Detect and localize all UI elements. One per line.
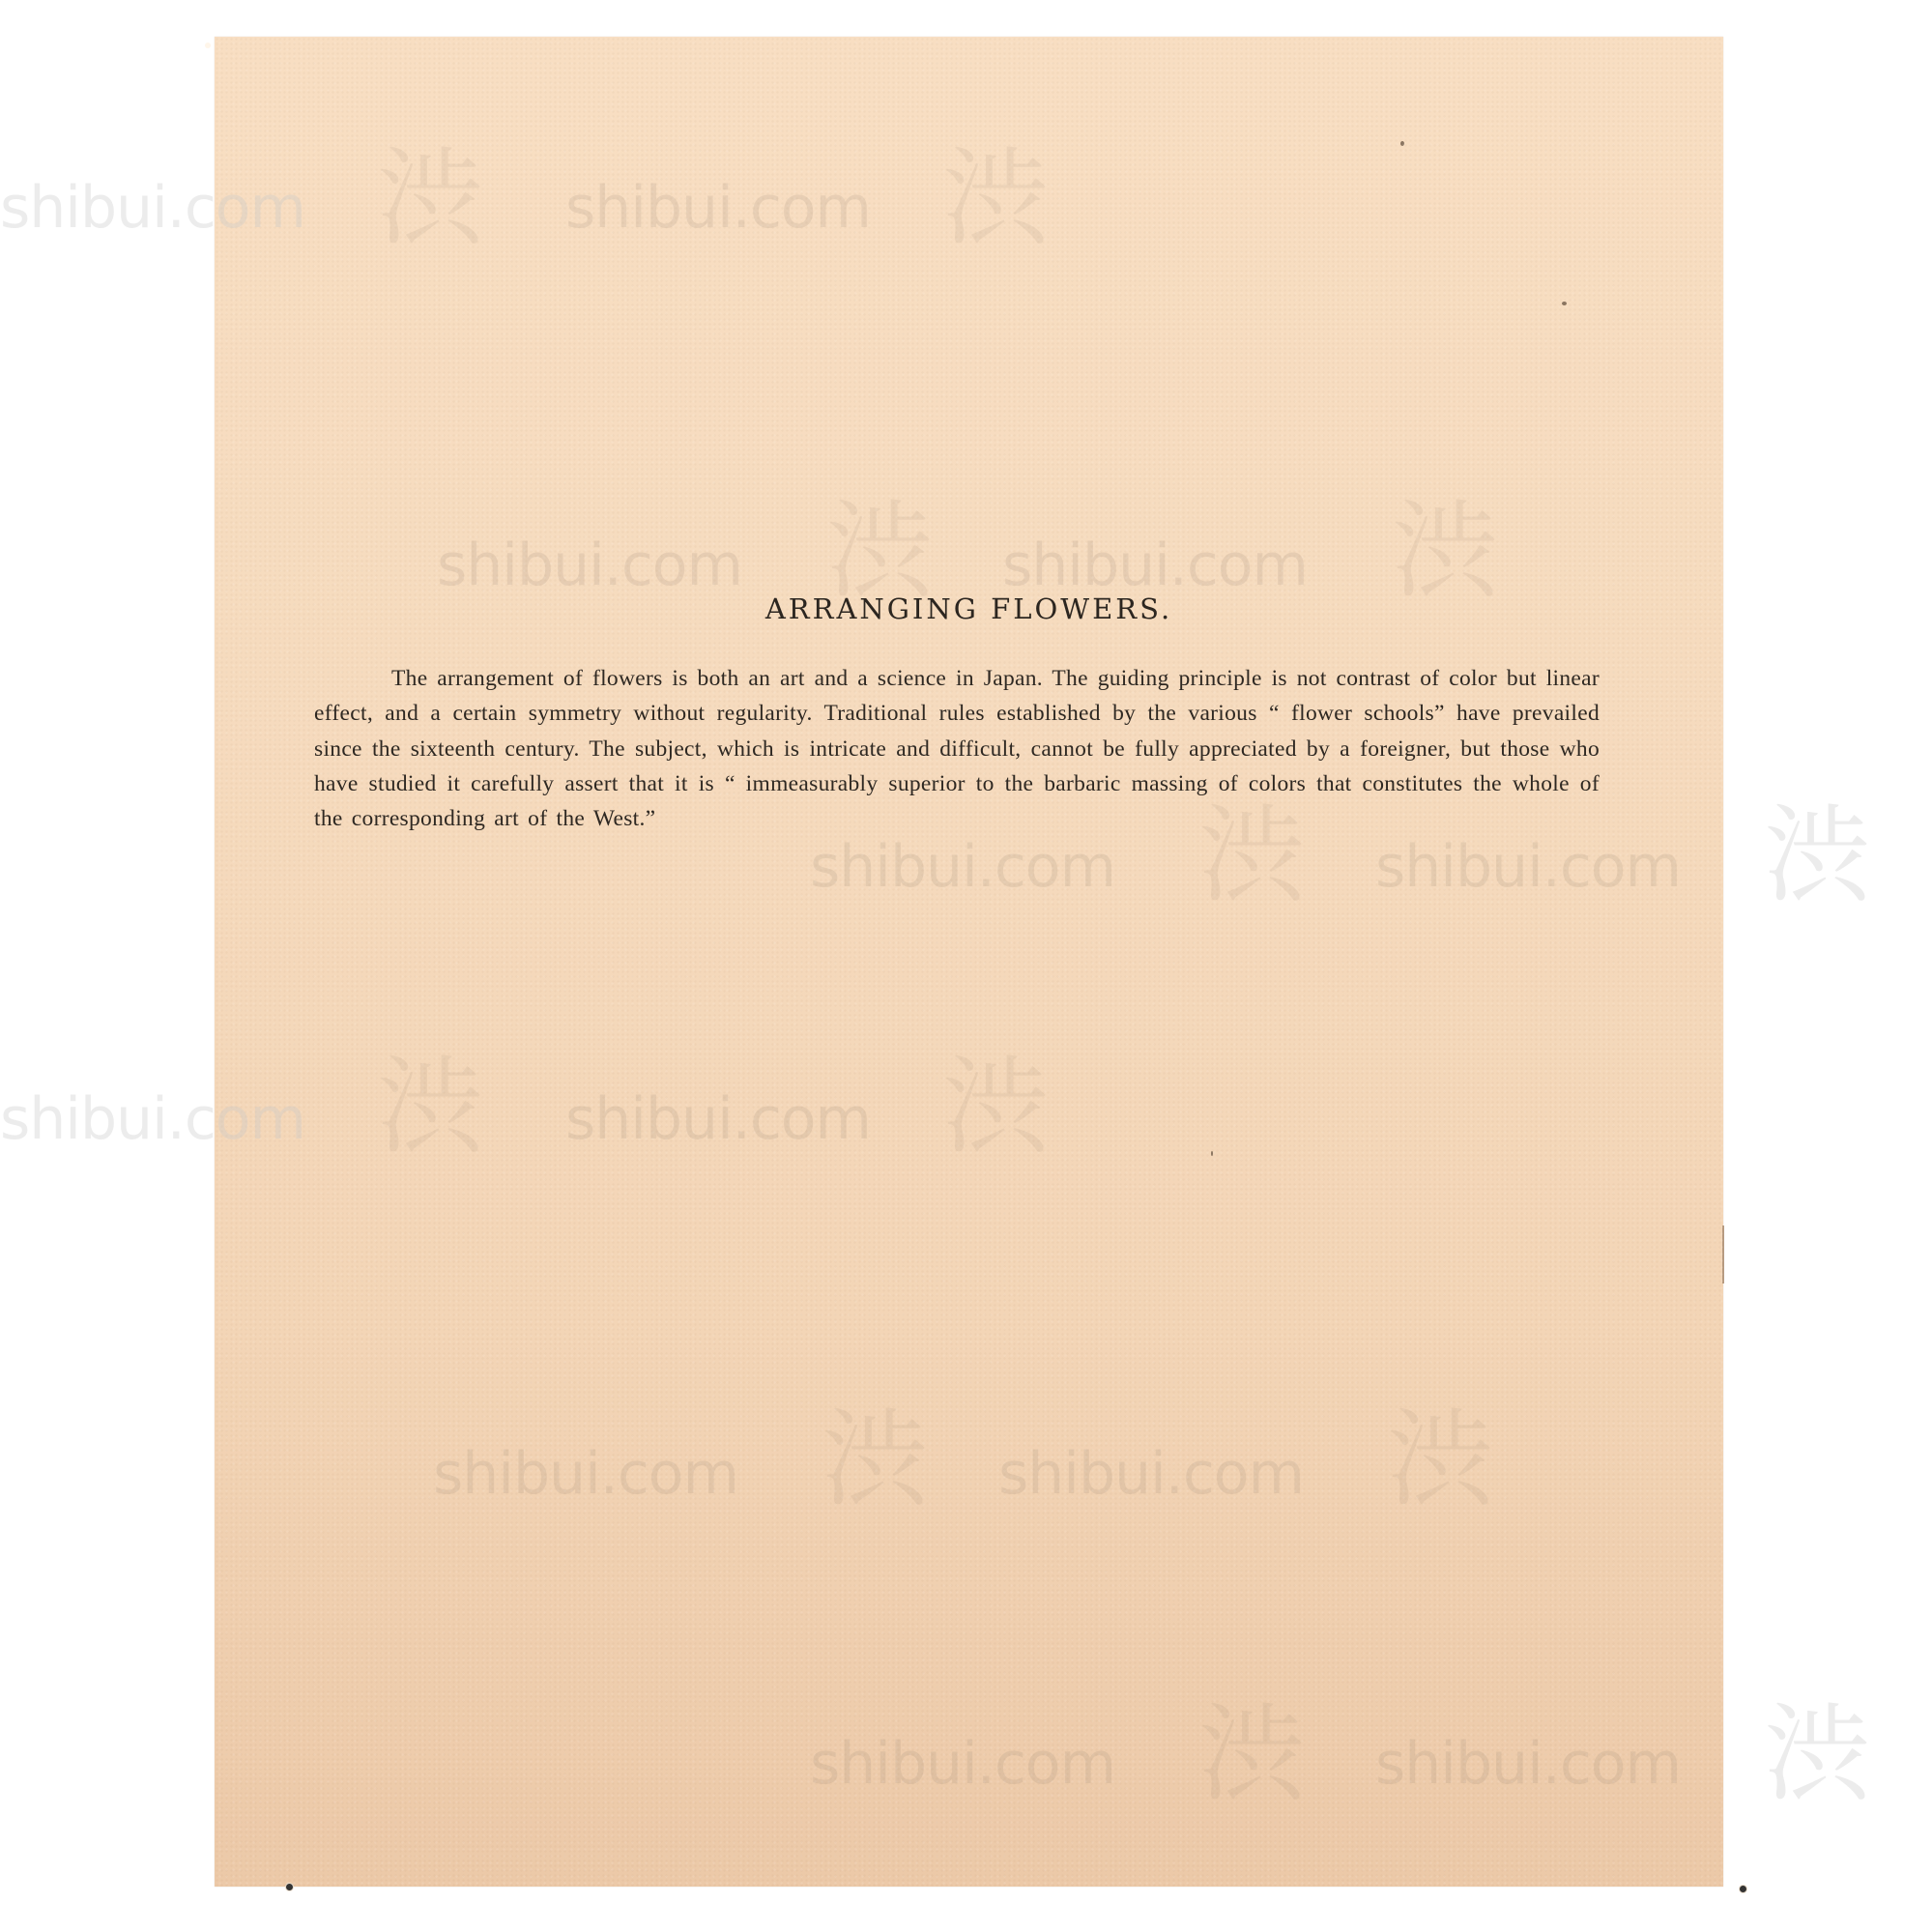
corner-pin-right	[1739, 1885, 1747, 1893]
page-edge-tear	[1722, 1226, 1724, 1283]
paper-speck	[205, 43, 211, 48]
watermark-kanji-icon: 渋	[1764, 802, 1870, 908]
paper-speck	[1400, 141, 1404, 146]
watermark-kanji-icon: 渋	[1764, 1701, 1870, 1807]
paper-speck	[1562, 302, 1567, 305]
corner-pin-left	[285, 1883, 294, 1891]
body-paragraph: The arrangement of flowers is both an ar…	[314, 661, 1600, 836]
paper-speck	[1211, 1151, 1213, 1156]
document-page: ARRANGING FLOWERS. The arrangement of fl…	[215, 37, 1723, 1887]
page-title: ARRANGING FLOWERS.	[215, 592, 1723, 625]
